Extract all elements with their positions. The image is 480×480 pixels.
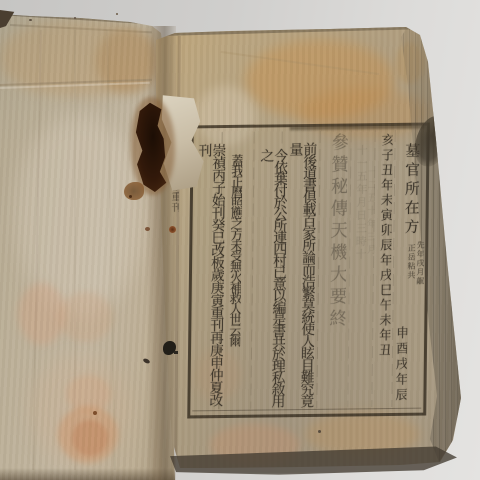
crease-horizontal bbox=[0, 79, 152, 86]
paper-speck bbox=[318, 430, 321, 433]
edge-speck bbox=[74, 17, 76, 19]
crease-highlight bbox=[0, 82, 150, 89]
right-page-top-edge bbox=[160, 26, 412, 36]
column-rule bbox=[347, 130, 351, 407]
crease-vertical bbox=[32, 30, 42, 470]
stain-amber-top bbox=[0, 20, 158, 96]
stain-pink bbox=[66, 375, 111, 413]
stain-pink-core bbox=[72, 420, 108, 456]
printed-column-postface-1: 前後道書倶載百家所論而浩繁莫統使人眩目難究竟量 bbox=[285, 142, 316, 410]
brown-spot bbox=[93, 411, 97, 415]
printed-column-small-annotation-2: 正岳粘共 bbox=[407, 244, 416, 296]
column-rule bbox=[250, 132, 254, 409]
printed-text-frame: 崇禎丙子始刊癸巳改板歲庚寅重刊再庚申仲夏改刊 蓋我正曆照應之方未受無火補救人世云… bbox=[187, 123, 430, 419]
stain-pink bbox=[18, 283, 66, 345]
left-page-top-edge bbox=[0, 12, 158, 25]
stain-pink bbox=[58, 292, 113, 342]
edge-speck bbox=[116, 13, 118, 15]
stain-pink-large bbox=[30, 355, 130, 465]
printed-column-colophon: 崇禎丙子始刊癸巳改板歲庚寅重刊再庚申仲夏改刊 bbox=[194, 143, 225, 411]
red-brown-spot bbox=[169, 226, 176, 233]
paper-curl bbox=[124, 182, 144, 200]
edge-speck bbox=[29, 19, 32, 21]
crease-vertical bbox=[106, 30, 116, 470]
printed-column-zodiac-annotation: 亥子丑年未寅卯辰年戌巳午未年丑 bbox=[377, 133, 393, 383]
ink-blot-tail bbox=[174, 351, 178, 354]
printed-column-postface-2: 今依葉付於公所連四村已意以編是書共於理私敘用之 bbox=[256, 148, 287, 412]
book-gutter-shadow bbox=[146, 26, 176, 480]
page-stack-line bbox=[10, 24, 152, 33]
column-rule bbox=[316, 131, 320, 408]
printed-column-ghost: 一二五十年三月 bbox=[362, 166, 375, 402]
crease-vertical bbox=[74, 30, 76, 470]
brown-spot bbox=[145, 227, 150, 231]
brown-speck bbox=[129, 195, 132, 198]
printed-column-postface-3: 蓋我正曆照應之方未受無火補救人世云爾 bbox=[226, 154, 242, 414]
printed-column-zodiac-annotation-2: 申酉戌年辰 bbox=[393, 326, 407, 406]
printed-column-title-end: 參贊秘傳天機大要終 bbox=[326, 133, 347, 409]
stain-pink bbox=[58, 406, 118, 463]
photo-antique-book: 崇禎丙子始刊癸巳改板歲庚寅重刊再庚申仲夏改刊 蓋我正曆照應之方未受無火補救人世云… bbox=[0, 0, 480, 480]
worn-pale-patch bbox=[15, 115, 145, 315]
frame-top-smudge bbox=[290, 123, 426, 131]
